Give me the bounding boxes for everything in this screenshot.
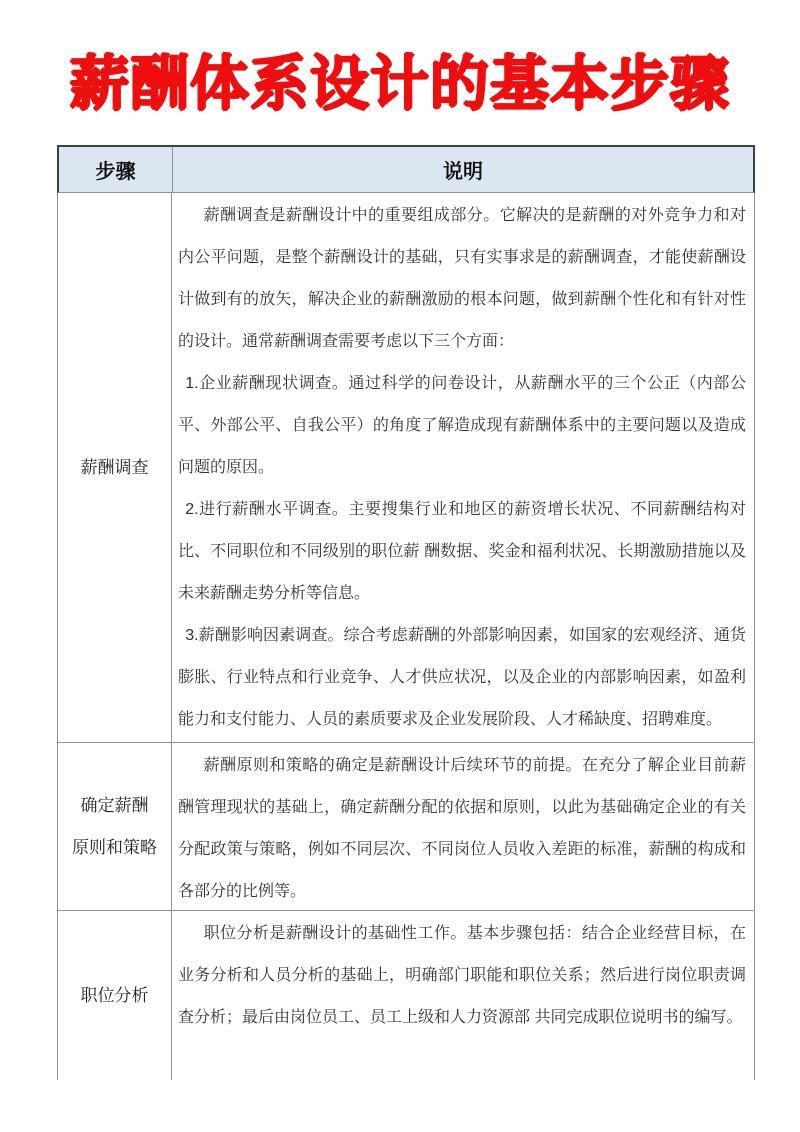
description-cell: 薪酬调查是薪酬设计中的重要组成部分。它解决的是薪酬的对外竞争力和对内公平问题，是… (172, 193, 754, 742)
step-cell: 职位分析 (58, 911, 172, 1080)
step-cell: 确定薪酬 原则和策略 (58, 743, 172, 910)
paragraph: 3.薪酬影响因素调查。综合考虑薪酬的外部影响因素，如国家的宏观经济、通货膨胀、行… (178, 615, 746, 741)
document-page: 薪酬体系设计的基本步骤 步骤 说明 薪酬调查 薪酬调查是薪酬设计中的重要组成部分… (0, 0, 800, 1132)
description-cell: 职位分析是薪酬设计的基础性工作。基本步骤包括：结合企业经营目标，在业务分析和人员… (172, 911, 754, 1080)
paragraph: 职位分析是薪酬设计的基础性工作。基本步骤包括：结合企业经营目标，在业务分析和人员… (178, 913, 746, 1039)
description-cell: 薪酬原则和策略的确定是薪酬设计后续环节的前提。在充分了解企业目前薪酬管理现状的基… (172, 743, 754, 910)
page-title: 薪酬体系设计的基本步骤 (0, 46, 800, 123)
paragraph: 1.企业薪酬现状调查。通过科学的问卷设计，从薪酬水平的三个公正（内部公平、外部公… (178, 363, 746, 489)
table-row-salary-survey: 薪酬调查 薪酬调查是薪酬设计中的重要组成部分。它解决的是薪酬的对外竞争力和对内公… (57, 193, 755, 743)
column-header-step: 步骤 (59, 147, 173, 192)
table-header-row: 步骤 说明 (57, 145, 755, 193)
step-cell: 薪酬调查 (58, 193, 172, 742)
table-row-job-analysis: 职位分析 职位分析是薪酬设计的基础性工作。基本步骤包括：结合企业经营目标，在业务… (57, 911, 755, 1080)
paragraph: 薪酬原则和策略的确定是薪酬设计后续环节的前提。在充分了解企业目前薪酬管理现状的基… (178, 745, 746, 910)
table-row-principles-strategy: 确定薪酬 原则和策略 薪酬原则和策略的确定是薪酬设计后续环节的前提。在充分了解企… (57, 743, 755, 911)
steps-table: 步骤 说明 薪酬调查 薪酬调查是薪酬设计中的重要组成部分。它解决的是薪酬的对外竞… (57, 145, 755, 1080)
column-header-description: 说明 (173, 147, 753, 192)
paragraph: 薪酬调查是薪酬设计中的重要组成部分。它解决的是薪酬的对外竞争力和对内公平问题，是… (178, 195, 746, 363)
paragraph: 2.进行薪酬水平调查。主要搜集行业和地区的薪资增长状况、不同薪酬结构对比、不同职… (178, 489, 746, 615)
